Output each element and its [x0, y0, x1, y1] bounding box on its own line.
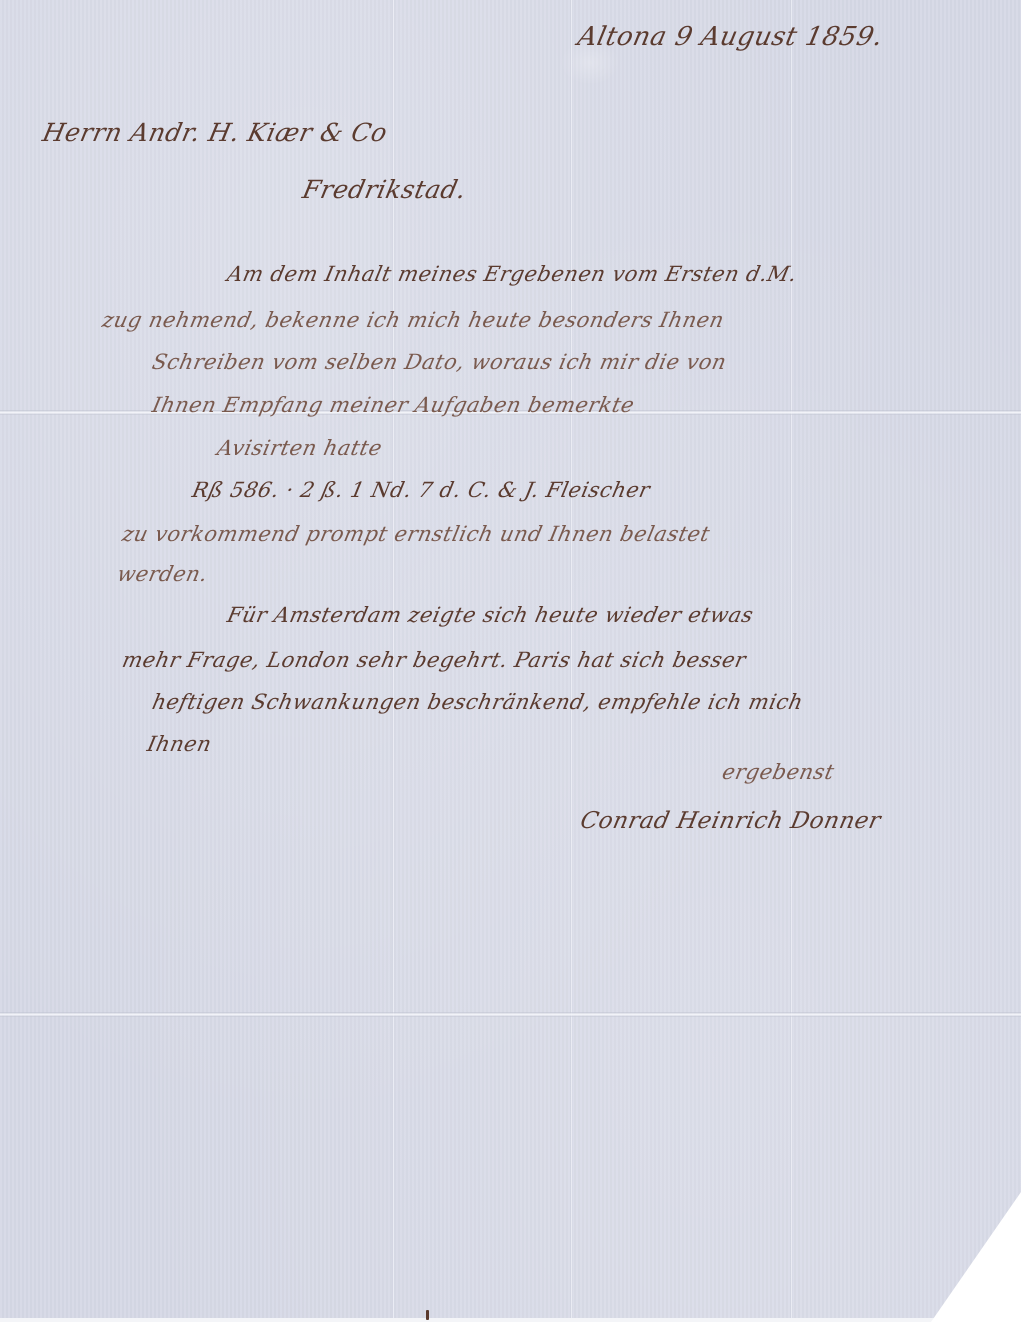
paper-bottom-edge [0, 1318, 1021, 1322]
body-line: Avisirten hatte [215, 436, 384, 460]
body-line: Für Amsterdam zeigte sich heute wieder e… [225, 603, 756, 627]
body-line: zu vorkommend prompt ernstlich und Ihnen… [120, 522, 712, 546]
body-line: Ihnen [145, 732, 214, 756]
body-line: werden. [115, 562, 210, 586]
addressee-city: Fredrikstad. [300, 175, 469, 204]
body-line: heftigen Schwankungen beschränkend, empf… [150, 690, 806, 714]
body-line: zug nehmend, bekenne ich mich heute beso… [100, 308, 726, 332]
ink-mark [426, 1310, 429, 1320]
body-line: Ihnen Empfang meiner Aufgaben bemerkte [150, 393, 637, 417]
dateline: Altona 9 August 1859. [575, 22, 886, 52]
body-line: Rß 586. · 2 ß. 1 Nd. 7 d. C. & J. Fleisc… [190, 478, 652, 502]
fold-line-vertical [790, 0, 793, 1322]
addressee-name: Herrn Andr. H. Kiær & Co [40, 118, 390, 147]
clipped-corner [931, 1192, 1021, 1322]
signature: Conrad Heinrich Donner [578, 808, 883, 834]
closing: ergebenst [720, 760, 837, 784]
body-line: mehr Frage, London sehr begehrt. Paris h… [120, 648, 748, 672]
fold-line-horizontal [0, 1012, 1021, 1017]
body-line: Am dem Inhalt meines Ergebenen vom Erste… [225, 262, 799, 286]
body-line: Schreiben vom selben Dato, woraus ich mi… [150, 350, 729, 374]
